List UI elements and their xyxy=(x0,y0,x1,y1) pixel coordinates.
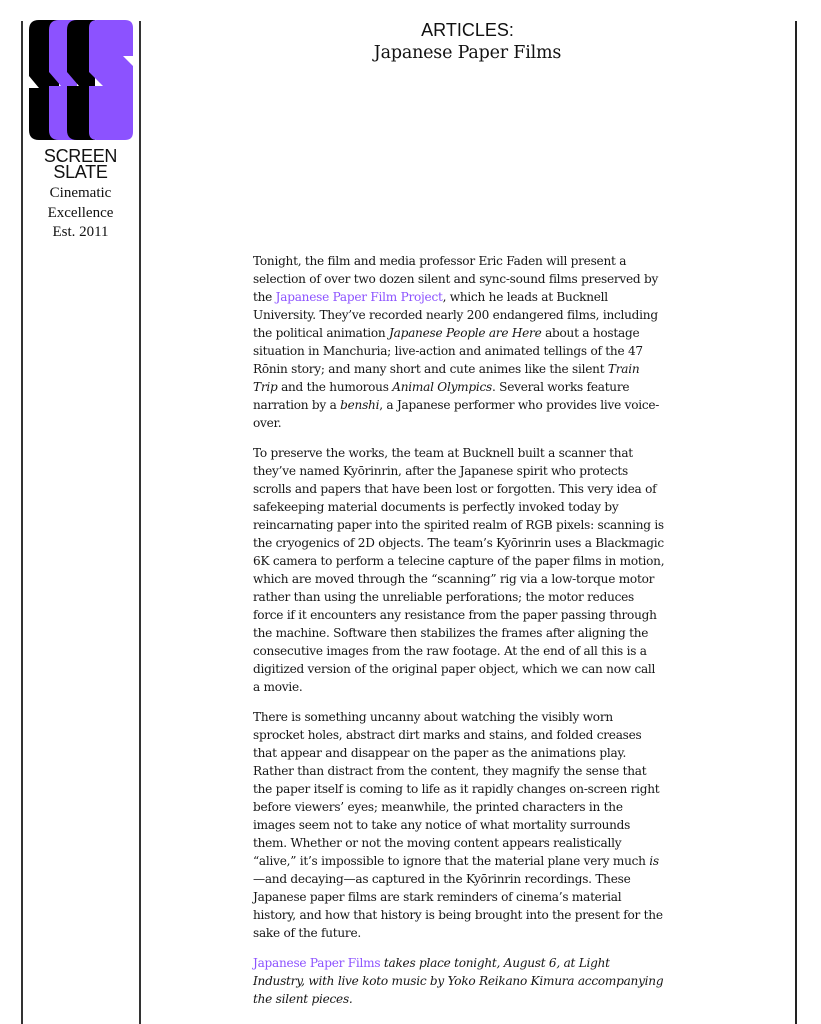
tagline-line2: Excellence xyxy=(22,204,139,224)
text: and the humorous xyxy=(277,380,392,394)
section-label: ARTICLES: xyxy=(140,19,795,41)
page-header: ARTICLES: Japanese Paper Films xyxy=(140,19,795,65)
article-body: Tonight, the film and media professor Er… xyxy=(253,252,665,1020)
sidebar: SCREEN SLATE Cinematic Excellence Est. 2… xyxy=(22,18,139,243)
text: There is something uncanny about watchin… xyxy=(253,710,659,868)
paragraph-2: To preserve the works, the team at Buckn… xyxy=(253,444,665,696)
film-title: Japanese People are Here xyxy=(389,326,541,340)
paragraph-3: There is something uncanny about watchin… xyxy=(253,708,665,942)
screen-slate-logo-icon xyxy=(25,18,137,140)
term: benshi xyxy=(340,398,379,412)
paragraph-1: Tonight, the film and media professor Er… xyxy=(253,252,665,432)
film-title: Animal Olympics xyxy=(392,380,492,394)
brand-name-line2: SLATE xyxy=(22,164,139,180)
sidebar-divider-line xyxy=(139,21,141,1024)
japanese-paper-film-project-link[interactable]: Japanese Paper Film Project xyxy=(276,290,443,304)
right-border-line xyxy=(795,21,797,1024)
japanese-paper-films-event-link[interactable]: Japanese Paper Films xyxy=(253,956,380,970)
brand-name: SCREEN SLATE xyxy=(22,148,139,180)
emphasis: is xyxy=(649,854,659,868)
home-logo-link[interactable] xyxy=(22,18,139,140)
tagline-line3: Est. 2011 xyxy=(22,223,139,243)
text: —and decaying—as captured in the Kyōrinr… xyxy=(253,872,663,940)
tagline-line1: Cinematic xyxy=(22,184,139,204)
page-title: Japanese Paper Films xyxy=(140,41,795,65)
brand-tagline: Cinematic Excellence Est. 2011 xyxy=(22,184,139,243)
paragraph-4-event-info: Japanese Paper Films takes place tonight… xyxy=(253,954,665,1008)
